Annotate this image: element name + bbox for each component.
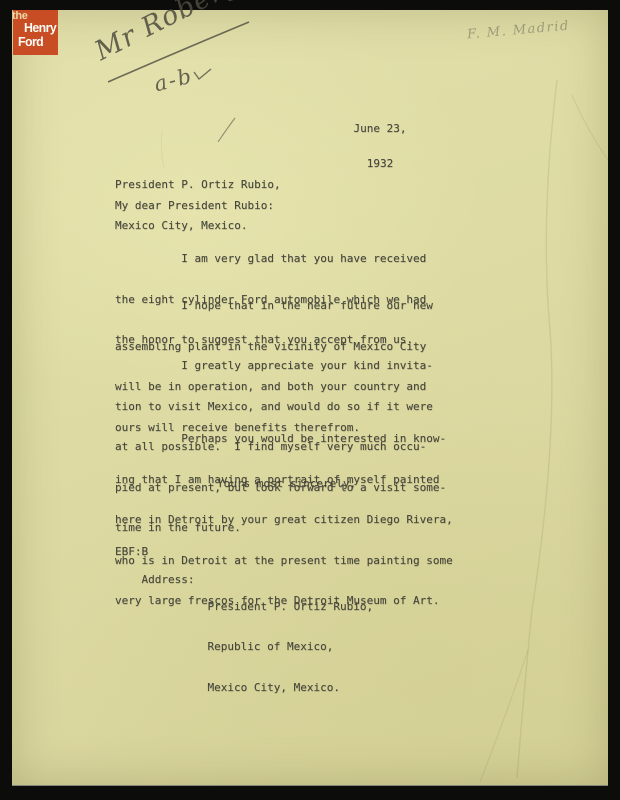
address-line: President P. Ortiz Rubio, bbox=[208, 600, 374, 614]
address-line: Republic of Mexico, bbox=[208, 640, 374, 654]
handwritten-routing-code: a-b bbox=[152, 64, 196, 97]
handwritten-corner-note: F. M. Madrid bbox=[467, 19, 571, 43]
henry-ford-logo: the Henry Ford bbox=[13, 10, 58, 55]
recipient-line: President P. Ortiz Rubio, bbox=[115, 178, 281, 192]
file-copy-address-block: Address: President P. Ortiz Rubio, Repub… bbox=[115, 559, 373, 735]
logo-text-ford: Ford bbox=[18, 34, 43, 49]
letter-line: Perhaps you would be interested in know- bbox=[115, 432, 453, 446]
letter-line: I hope that in the near future our new bbox=[115, 299, 433, 313]
letter-line: I am very glad that you have received bbox=[115, 252, 426, 266]
handwritten-routing-name: Mr Roberge bbox=[90, 0, 260, 67]
salutation: My dear President Rubio: bbox=[115, 199, 274, 213]
closing: Yours most sincerely, bbox=[217, 477, 356, 491]
address-label: Address: bbox=[142, 573, 208, 587]
letter-line: I greatly appreciate your kind invita- bbox=[115, 359, 446, 373]
address-line: Mexico City, Mexico. bbox=[208, 681, 374, 695]
letter-line: here in Detroit by your great citizen Di… bbox=[115, 513, 453, 527]
typist-initials: EBF:B bbox=[115, 545, 148, 559]
letter-paper: Mr Roberge a-b F. M. Madrid June 23, 193… bbox=[12, 10, 608, 785]
date-line-1: June 23, bbox=[352, 123, 408, 135]
logo-text-henry: Henry bbox=[24, 20, 56, 35]
date-line-2: 1932 bbox=[352, 158, 408, 170]
letter-date: June 23, 1932 bbox=[352, 100, 408, 192]
address-lines: President P. Ortiz Rubio, Republic of Me… bbox=[208, 573, 374, 722]
scanned-letter-page: { "branding": { "logo_the": "the", "logo… bbox=[0, 0, 620, 800]
